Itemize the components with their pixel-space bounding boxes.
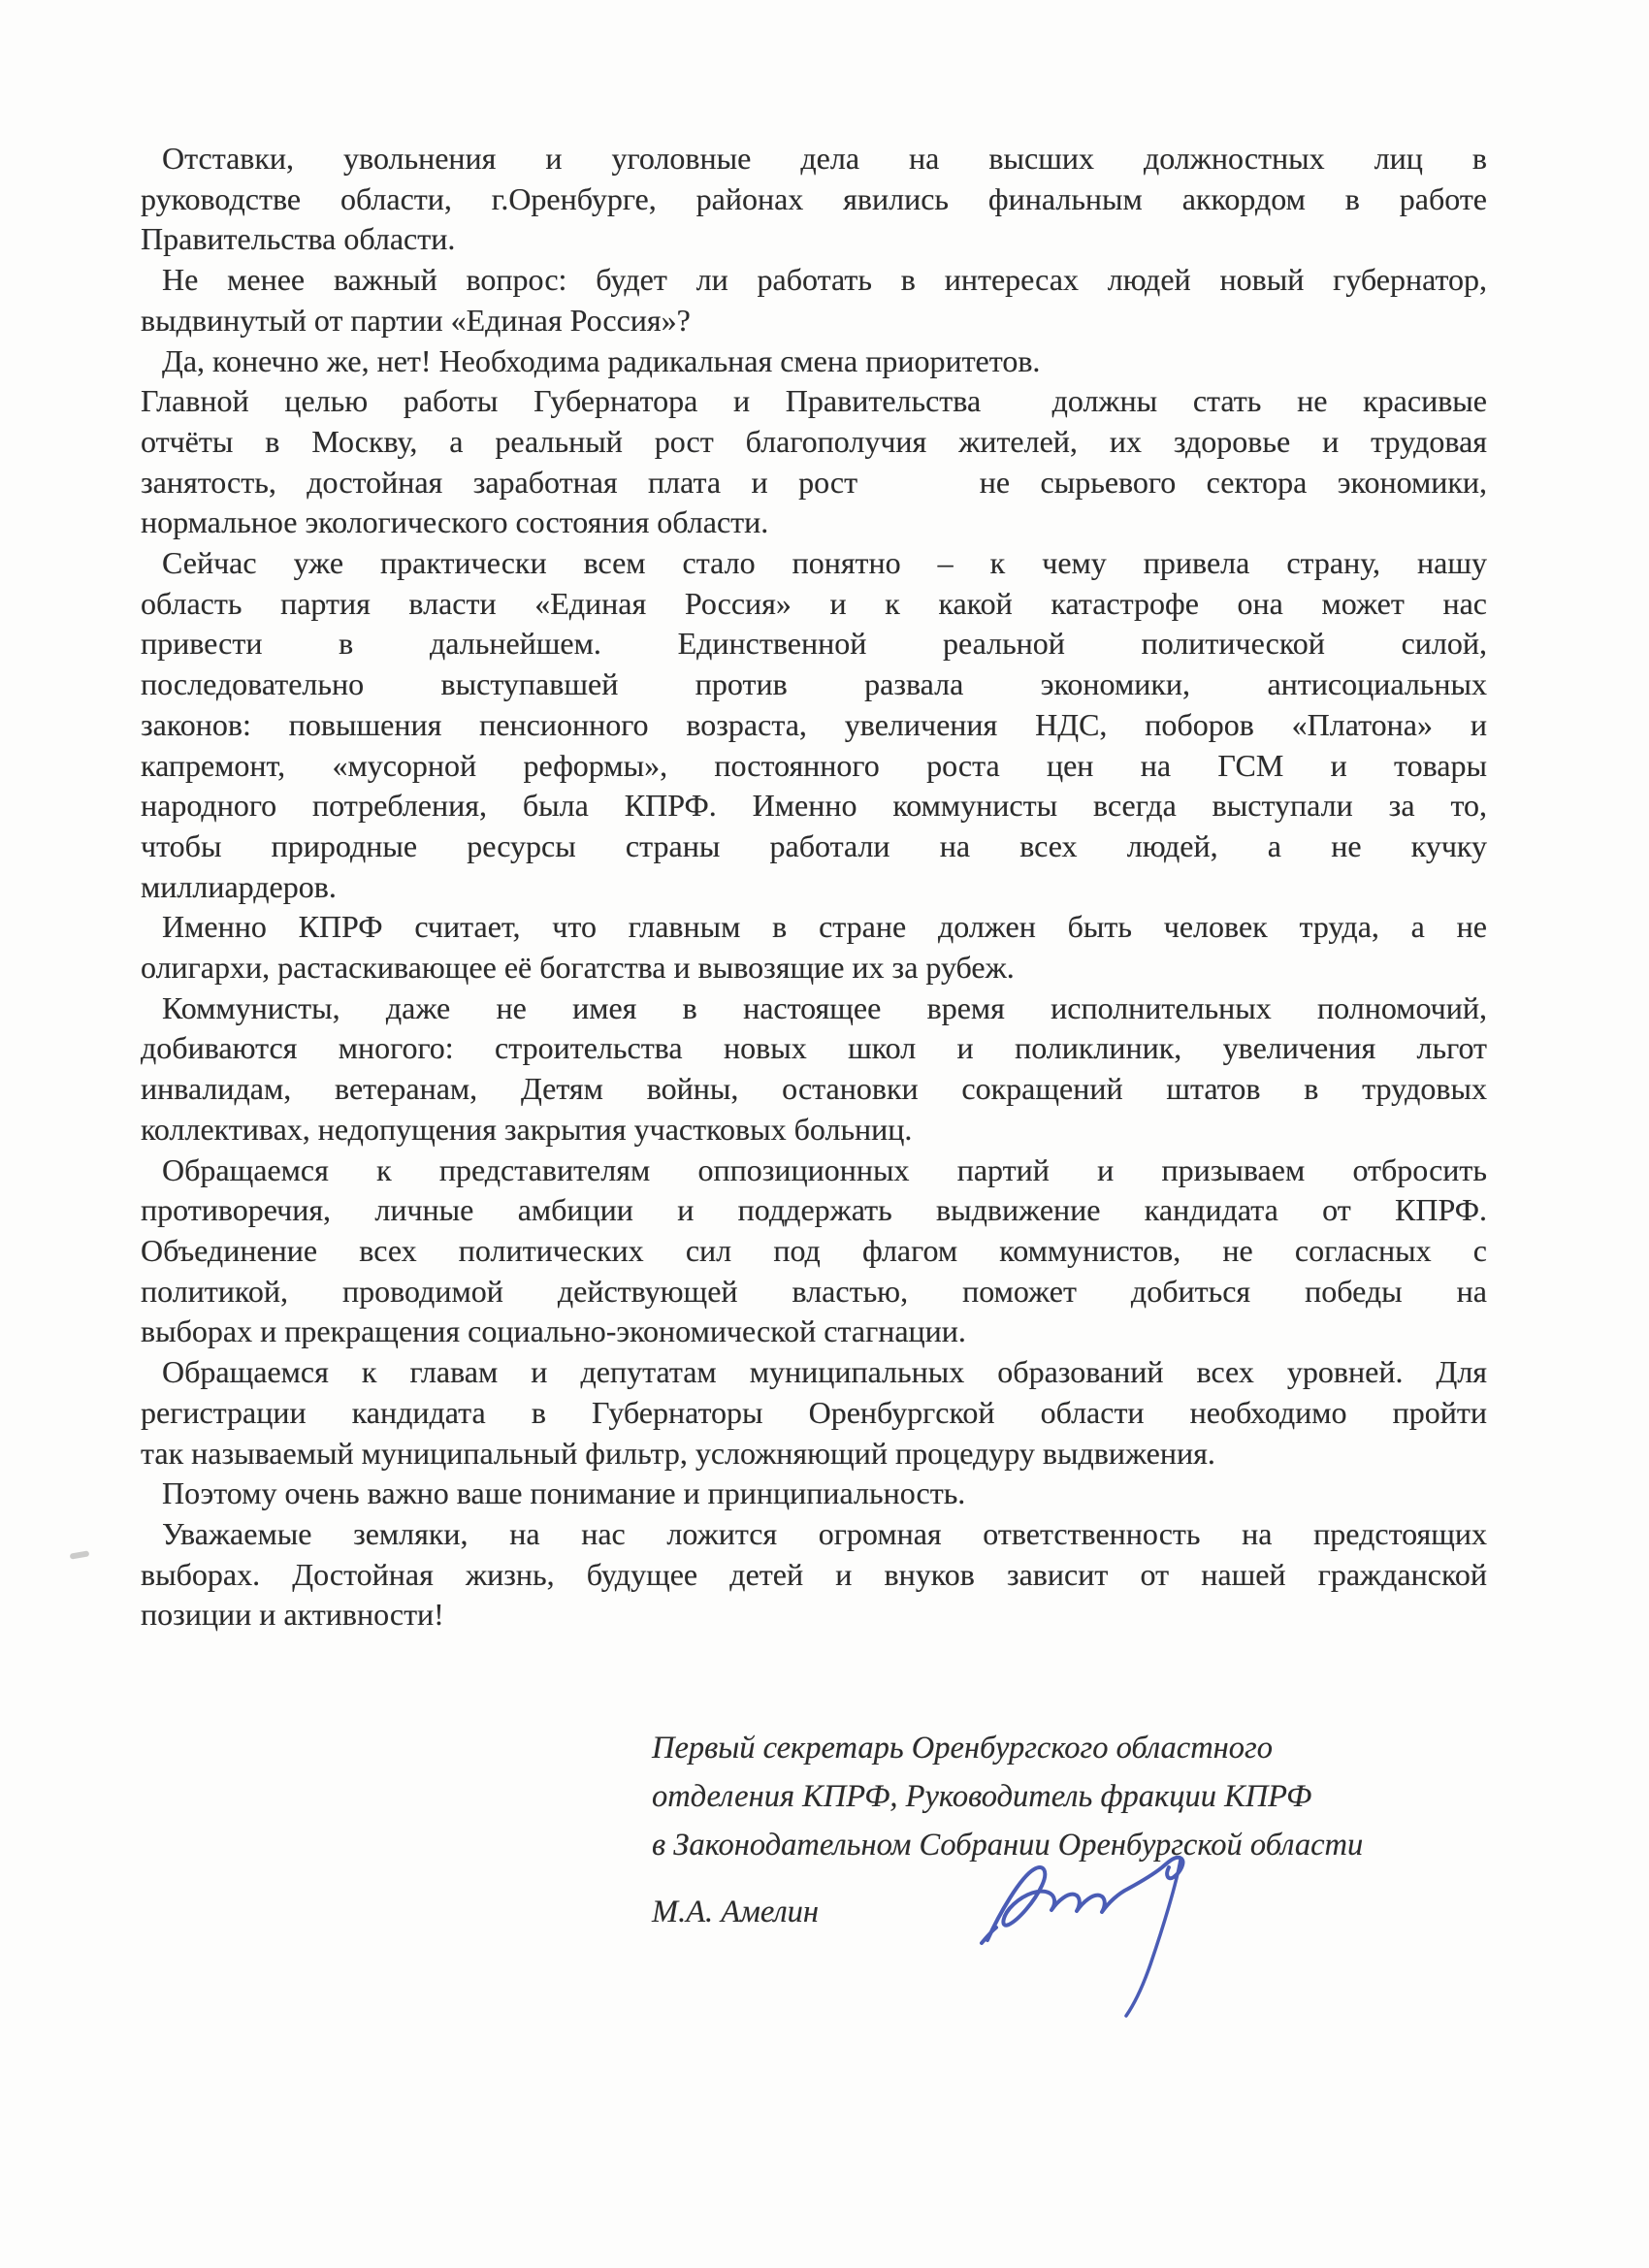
- paragraph: Главной целью работы Губернатора и Прави…: [141, 381, 1487, 543]
- scan-artifact-mark: [70, 1550, 90, 1559]
- text-line: занятость, достойная заработная плата и …: [141, 463, 1487, 503]
- text-line: Первый секретарь Оренбургского областног…: [652, 1724, 1505, 1772]
- text-line: выдвинутый от партии «Единая Россия»?: [141, 301, 1487, 341]
- text-line: Правительства области.: [141, 219, 1487, 260]
- text-line: олигархи, растаскивающее её богатства и …: [141, 948, 1487, 988]
- text-line: законов: повышения пенсионного возраста,…: [141, 705, 1487, 746]
- scanned-letter-page: Отставки, увольнения и уголовные дела на…: [0, 0, 1649, 2268]
- text-line: политикой, проводимой действующей власть…: [141, 1272, 1487, 1312]
- text-line: Главной целью работы Губернатора и Прави…: [141, 381, 1487, 422]
- text-line: регистрации кандидата в Губернаторы Орен…: [141, 1393, 1487, 1434]
- text-line: Обращаемся к главам и депутатам муниципа…: [141, 1352, 1487, 1393]
- text-line: Да, конечно же, нет! Необходима радикаль…: [141, 341, 1487, 382]
- text-line: народного потребления, была КПРФ. Именно…: [141, 786, 1487, 826]
- paragraph: Коммунисты, даже не имея в настоящее вре…: [141, 988, 1487, 1150]
- text-line: чтобы природные ресурсы страны работали …: [141, 826, 1487, 867]
- text-line: Отставки, увольнения и уголовные дела на…: [141, 139, 1487, 179]
- text-line: отчёты в Москву, а реальный рост благопо…: [141, 422, 1487, 463]
- text-line: Именно КПРФ считает, что главным в стран…: [141, 907, 1487, 948]
- text-line: так называемый муниципальный фильтр, усл…: [141, 1434, 1487, 1474]
- text-line: добиваются многого: строительства новых …: [141, 1028, 1487, 1069]
- paragraph: Отставки, увольнения и уголовные дела на…: [141, 139, 1487, 260]
- text-line: миллиардеров.: [141, 867, 1487, 908]
- paragraph: Именно КПРФ считает, что главным в стран…: [141, 907, 1487, 988]
- text-line: Коммунисты, даже не имея в настоящее вре…: [141, 988, 1487, 1029]
- text-line: нормальное экологического состояния обла…: [141, 502, 1487, 543]
- text-line: позиции и активности!: [141, 1595, 1487, 1636]
- text-line: Поэтому очень важно ваше понимание и при…: [141, 1474, 1487, 1514]
- text-line: отделения КПРФ, Руководитель фракции КПР…: [652, 1772, 1505, 1821]
- text-line: область партия власти «Единая Россия» и …: [141, 584, 1487, 625]
- text-line: выборах и прекращения социально-экономич…: [141, 1312, 1487, 1352]
- handwritten-signature: [970, 1848, 1217, 2023]
- paragraph: Обращаемся к представителям оппозиционны…: [141, 1150, 1487, 1353]
- text-line: инвалидам, ветеранам, Детям войны, остан…: [141, 1069, 1487, 1110]
- text-line: последовательно выступавшей против разва…: [141, 664, 1487, 705]
- text-line: коллективах, недопущения закрытия участк…: [141, 1110, 1487, 1150]
- paragraph: Да, конечно же, нет! Необходима радикаль…: [141, 341, 1487, 382]
- text-line: Обращаемся к представителям оппозиционны…: [141, 1150, 1487, 1191]
- text-line: Не менее важный вопрос: будет ли работат…: [141, 260, 1487, 301]
- letter-body: Отставки, увольнения и уголовные дела на…: [141, 139, 1487, 1636]
- text-line: руководстве области, г.Оренбурге, района…: [141, 179, 1487, 220]
- text-line: противоречия, личные амбиции и поддержат…: [141, 1190, 1487, 1231]
- text-line: Объединение всех политических сил под фл…: [141, 1231, 1487, 1272]
- paragraph: Обращаемся к главам и депутатам муниципа…: [141, 1352, 1487, 1474]
- text-line: Уважаемые земляки, на нас ложится огромн…: [141, 1514, 1487, 1555]
- paragraph: Поэтому очень важно ваше понимание и при…: [141, 1474, 1487, 1514]
- signatory-name: М.А. Амелин: [652, 1888, 819, 1936]
- paragraph: Сейчас уже практически всем стало понятн…: [141, 543, 1487, 907]
- text-line: капремонт, «мусорной реформы», постоянно…: [141, 746, 1487, 787]
- text-line: выборах. Достойная жизнь, будущее детей …: [141, 1555, 1487, 1596]
- text-line: привести в дальнейшем. Единственной реал…: [141, 624, 1487, 664]
- paragraph: Уважаемые земляки, на нас ложится огромн…: [141, 1514, 1487, 1636]
- text-line: Сейчас уже практически всем стало понятн…: [141, 543, 1487, 584]
- paragraph: Не менее важный вопрос: будет ли работат…: [141, 260, 1487, 340]
